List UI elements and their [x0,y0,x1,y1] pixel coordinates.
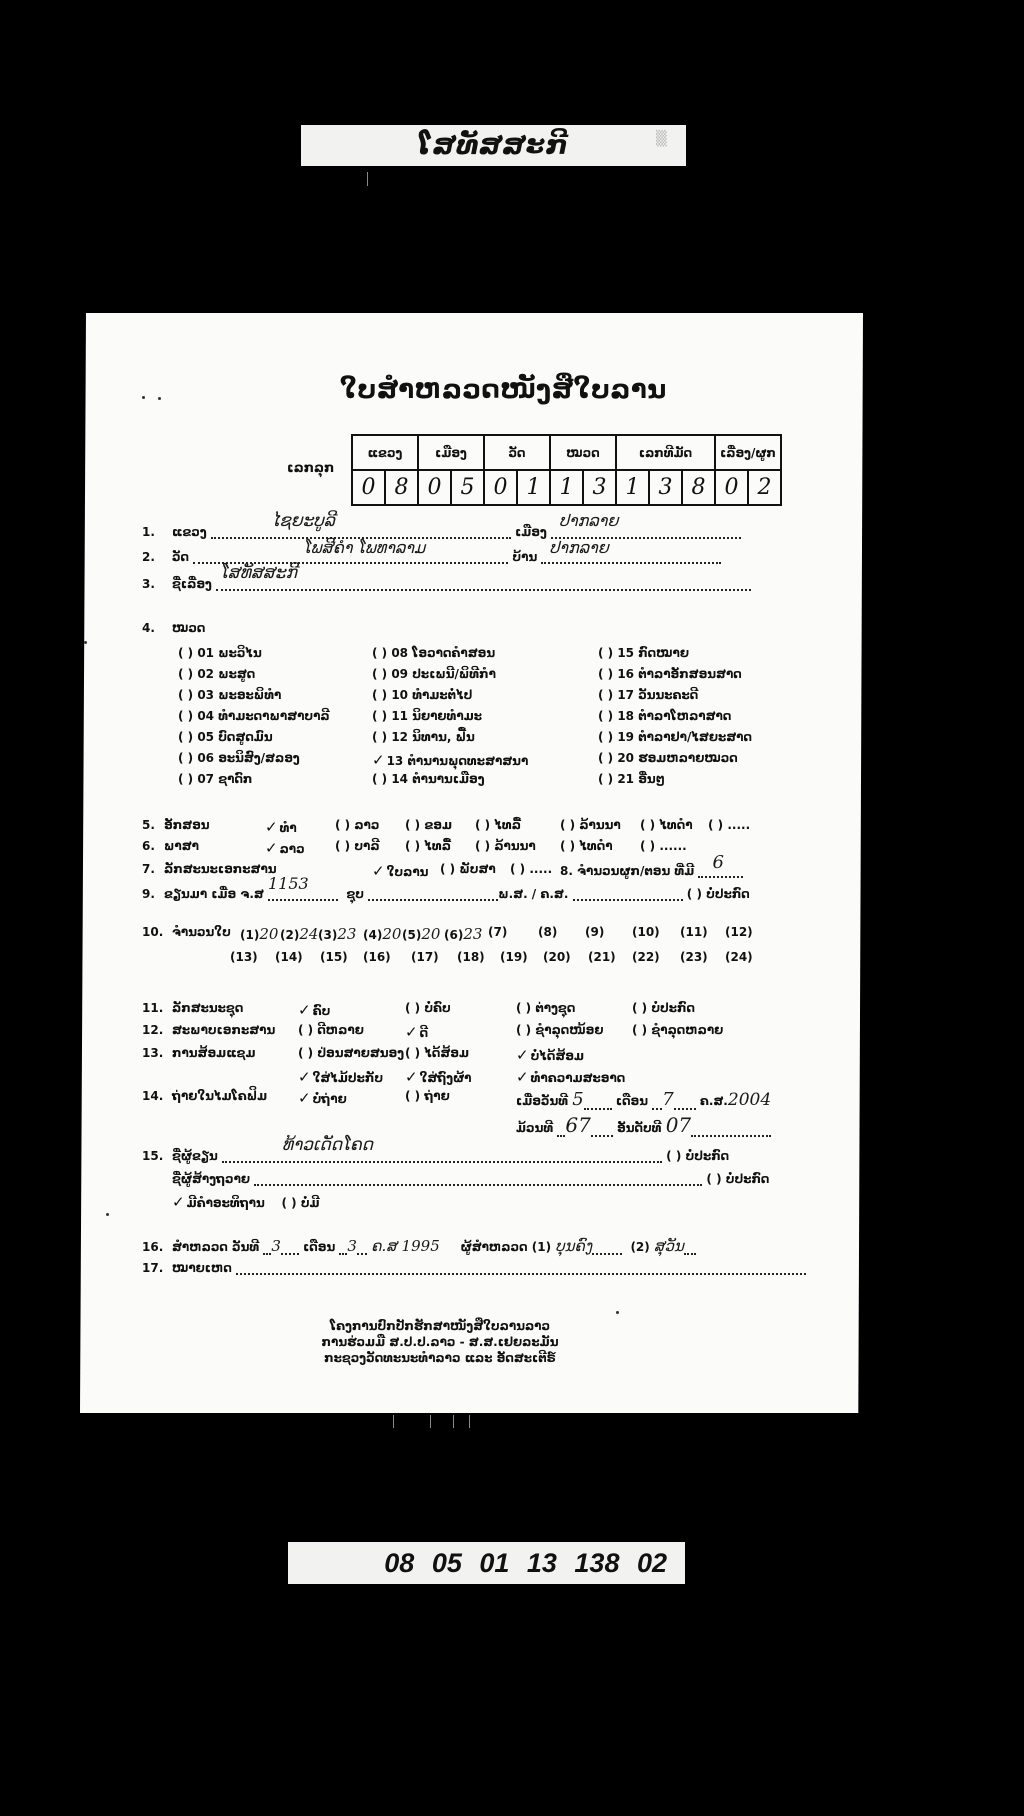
option-label: ບາລີ [354,839,379,853]
option-item[interactable]: ✓ຄົບ [298,1001,330,1019]
checkbox-empty[interactable]: ( ) [372,688,391,702]
checkbox-empty[interactable]: ( ) [178,688,197,702]
option-item[interactable]: ( ) ..... [708,818,750,832]
option-label: ລ້ານນາ [494,839,535,853]
film-title-label: ໂສທັສສະກີ ▒ [301,125,686,166]
option-label: 03 ພະອະພິທຳ [197,688,281,702]
option-label: ປ່ອນສາຍສນອງ [317,1046,404,1060]
option-item[interactable]: ( ) ບາລີ [335,839,380,853]
option-label: 07 ຊາດົກ [197,772,252,786]
village-value: ປາກລາຍ [549,538,608,557]
option-item[interactable]: ✓13 ຕຳນານພຸດທະສາສນາ [372,751,528,769]
option-item[interactable]: ( ) ໄທລື້ [405,839,451,853]
leaf-count-item: (3)23 [318,925,356,943]
checkbox-empty[interactable]: ( ) [475,839,494,853]
option-label: ໄທລື້ [424,839,451,853]
option-label: ດີ [420,1026,428,1040]
option-item[interactable]: ( ) 20 ຮອມຫລາຍໝວດ [598,751,738,765]
code-label: ເລກລຸກ [287,461,334,476]
province-value: ໄຊຍະບູລີ [271,511,335,531]
option-label: ຖ່າຍ [424,1089,449,1103]
field-category: 4.ໝວດ [142,621,205,635]
checkbox-empty[interactable]: ( ) [598,667,617,681]
option-label: ລ້ານນາ [579,818,620,832]
option-label: 06 ອະນິສົງ/ສລອງ [197,751,299,765]
field-province: 1.ແຂວງ ໄຊຍະບູລີ ເມືອງ ປາກລາຍ [142,523,741,539]
film-tick [453,1415,454,1428]
option-item[interactable]: ( ) 17 ວັນນະຄະດີ [598,688,698,702]
leaf-count-item: (9) [585,925,604,939]
option-item[interactable]: ( ) ລາວ [335,818,379,832]
option-item[interactable]: ( ) ໄທດຳ [560,839,613,853]
option-item[interactable]: ( ) ...... [640,839,687,853]
field-microfilm: 14.ຖ່າຍໃນໄມໂຄຟິມ [142,1089,267,1103]
leaf-count-item: (18) [457,950,485,964]
checkbox-empty[interactable]: ( ) [598,709,617,723]
option-item[interactable]: ( ) 15 ກົດໝາຍ [598,646,689,660]
option-label: ລາວ [354,818,379,832]
scribe-value: ທ້າວເດັດໂຄດ [282,1135,373,1155]
film-id-label: 08 05 01 13 138 02 [288,1542,685,1584]
leaf-count-item: (11) [680,925,708,939]
microfilm-date: ເມື່ອວັນທີ 5 ເດືອນ 7 ຄ.ສ.2004 [516,1089,771,1110]
leaf-count-item: (19) [500,950,528,964]
checkbox-checked[interactable]: ✓ [265,839,278,857]
checkbox-empty[interactable]: ( ) [640,839,659,853]
checkbox-empty[interactable]: ( ) [440,862,459,876]
checkbox-checked[interactable]: ✓ [372,751,385,769]
code-digit: 2 [748,470,781,505]
option-item[interactable]: ✓ລາວ [265,839,305,857]
option-label: ໄທດຳ [579,839,612,853]
field-completeness: 11.ລັກສະນະຊຸດ [142,1001,243,1015]
option-item[interactable]: ✓ບໍ່ຖ່າຍ [298,1089,347,1107]
code-digit: 8 [682,470,715,505]
checkbox-checked[interactable]: ✓ [298,1068,311,1086]
option-label: 05 ບົດສູດມົນ [197,730,272,744]
checkbox-empty[interactable]: ( ) [640,818,659,832]
checkbox-empty[interactable]: ( ) [372,646,391,660]
option-label: ໄດ້ສ້ອມ [424,1046,469,1060]
option-item[interactable]: ( ) 05 ບົດສູດມົນ [178,730,273,744]
option-label: 15 ກົດໝາຍ [617,646,689,660]
checkbox-checked[interactable]: ✓ [516,1046,529,1064]
option-item[interactable]: ( ) 08 ໂອວາດຄຳສອນ [372,646,495,660]
option-item[interactable]: ( ) 03 ພະອະພິທຳ [178,688,281,702]
option-item[interactable]: ✓ທຳ [265,818,297,836]
option-item[interactable]: ✓ບໍ່ໄດ້ສ້ອມ [516,1046,584,1064]
leaf-count-item: (4)20 [363,925,401,943]
checkbox-empty[interactable]: ( ) [335,839,354,853]
leaf-count-item: (24) [725,950,753,964]
option-label: ໄທລື້ [494,818,521,832]
option-item[interactable]: ( ) 12 ນິທານ, ຟື້ນ [372,730,475,744]
checkbox-empty[interactable]: ( ) [405,839,424,853]
option-item[interactable]: ✓ໃສ່ໄມ້ປະກັບ [298,1068,383,1086]
code-digit: 1 [517,470,550,505]
code-header: ໝວດ [550,435,616,470]
donor-unknown-checkbox[interactable]: ( ) [706,1172,721,1186]
option-item[interactable]: ( ) 07 ຊາດົກ [178,772,252,786]
field-repair: 13.ການສ້ອມແຊມ [142,1046,256,1060]
checkbox-empty[interactable]: ( ) [510,862,529,876]
code-digit: 1 [550,470,583,505]
checkbox-empty[interactable]: ( ) [598,772,617,786]
checkbox-empty[interactable]: ( ) [598,751,617,765]
checkbox-empty[interactable]: ( ) [298,1023,317,1037]
option-item[interactable]: ( ) ໄດ້ສ້ອມ [405,1046,469,1060]
checkbox-empty[interactable]: ( ) [405,1001,424,1015]
field-survey-date: 16.ສຳຫລວດ ວັນທີ 3 ເດືອນ 3 ຄ.ສ 1995 ຜູ້ສຳ… [142,1237,696,1255]
option-item[interactable]: ( ) ຊຳລຸດໜ້ອຍ [516,1023,603,1037]
title-value: ໂສທັສສະກີ [220,563,297,583]
leaf-count-item: (17) [411,950,439,964]
checkbox-checked[interactable]: ✓ [516,1068,529,1086]
checkbox-checked[interactable]: ✓ [372,862,385,880]
option-label: 11 ນິຍາຍທຳມະ [391,709,482,723]
option-label: ໄທດຳ [659,818,692,832]
field-remarks: 17.ໝາຍເຫດ [142,1259,806,1275]
option-item[interactable]: ( ) ໄທດຳ [640,818,693,832]
option-item[interactable]: ( ) ໄທລື້ [475,818,521,832]
no-colophon-checkbox[interactable]: ( ) [281,1196,296,1210]
option-item[interactable]: ✓ດີ [405,1023,428,1041]
leaf-count-item: (22) [632,950,660,964]
leaf-count-item: (20) [543,950,571,964]
checkbox-empty[interactable]: ( ) [178,646,197,660]
film-tick [393,1415,394,1428]
code-digit: 8 [385,470,418,505]
option-item[interactable]: ( ) ບໍ່ຄົບ [405,1001,451,1015]
surveyor2-value: ສຸວັນ [654,1237,684,1255]
leaf-count-item: (13) [230,950,258,964]
checkbox-empty[interactable]: ( ) [598,646,617,660]
option-label: ໃສ່ຖົງຜ້າ [420,1071,472,1085]
option-label: ພັບສາ [459,862,495,876]
field-temple: 2.ວັດ ໂພສີຄຳ ໂພທາລາມ ບ້ານ ປາກລາຍ [142,548,721,564]
code-digit: 0 [715,470,748,505]
field-fascicles: 8. ຈຳນວນຜູກ/ຕອນ ທີ່ມີ 6 [560,862,743,878]
option-item[interactable]: ( ) ພັບສາ [440,862,496,876]
field-script: 5.ອັກສອນ [142,818,210,832]
field-colophon: ✓ມີຄຳອະທິຖານ ( ) ບໍ່ມີ [172,1193,320,1211]
code-header: ແຂວງ [352,435,418,470]
option-label: ບໍ່ໄດ້ສ້ອມ [531,1049,584,1063]
option-label: 08 ໂອວາດຄຳສອນ [391,646,495,660]
field-date-written: 9.ຂຽນມາ ເມື່ອ ຈ.ສ 1153 ຊຸບ ພ.ສ. / ຄ.ສ. (… [142,885,750,901]
code-digit: 0 [418,470,451,505]
option-item[interactable]: ✓ທຳຄວາມສະອາດ [516,1068,625,1086]
code-digit: 0 [484,470,517,505]
option-label: ລາວ [280,842,305,856]
option-label: 16 ຕຳລາອັກສອນສາດ [617,667,741,681]
option-label: ໃບລານ [387,865,429,879]
unknown-checkbox[interactable]: ( ) [687,887,702,901]
leaf-count-item: (7) [488,925,507,939]
option-label: 20 ຮອມຫລາຍໝວດ [617,751,737,765]
leaf-count-item: (2)24 [280,925,318,943]
leaf-count-item: (15) [320,950,348,964]
film-tick [367,172,368,186]
option-label: ຄົບ [313,1004,331,1018]
option-label: 13 ຕຳນານພຸດທະສາສນາ [387,754,529,768]
option-label: ..... [727,818,750,832]
checkbox-empty[interactable]: ( ) [335,818,354,832]
surveyor1-value: ບຸນຄົງ [555,1237,592,1255]
option-item[interactable]: ( ) 19 ຕຳລາຢາ/ໄສຍະສາດ [598,730,752,744]
leaf-count-item: (5)20 [402,925,440,943]
option-item[interactable]: ( ) ຕ່າງຊຸດ [516,1001,575,1015]
checkbox-empty[interactable]: ( ) [178,730,197,744]
film-tick [430,1415,431,1428]
option-label: ດີຫລາຍ [317,1023,364,1037]
checkbox-empty[interactable]: ( ) [516,1023,535,1037]
option-item[interactable]: ( ) ລ້ານນາ [560,818,621,832]
option-item[interactable]: ( ) 16 ຕຳລາອັກສອນສາດ [598,667,742,681]
option-label: 18 ຕຳລາໂຫລາສາດ [617,709,731,723]
option-label: 09 ປະເພນີ/ພິທີກຳ [391,667,496,681]
checkbox-checked[interactable]: ✓ [405,1023,418,1041]
leaf-count-item: (10) [632,925,660,939]
code-header: ເມືອງ [418,435,484,470]
option-item[interactable]: ( ) ຖ່າຍ [405,1089,450,1103]
checkbox-empty[interactable]: ( ) [178,772,197,786]
checkbox-empty[interactable]: ( ) [372,730,391,744]
option-label: ..... [529,862,552,876]
option-label: 21 ອື່ນໆ [617,772,664,786]
option-item[interactable]: ( ) ດີຫລາຍ [298,1023,364,1037]
option-label: ບໍ່ຖ່າຍ [313,1092,347,1106]
option-item[interactable]: ( ) ຂອມ [405,818,452,832]
code-digit: 3 [583,470,616,505]
checkbox-empty[interactable]: ( ) [298,1046,317,1060]
option-item[interactable]: ( ) 21 ອື່ນໆ [598,772,665,786]
code-digit: 0 [352,470,385,505]
leaf-count-item: (12) [725,925,753,939]
checkbox-empty[interactable]: ( ) [372,667,391,681]
option-item[interactable]: ✓ໃບລານ [372,862,428,880]
option-item[interactable]: ( ) 06 ອະນິສົງ/ສລອງ [178,751,300,765]
scribe-unknown-checkbox[interactable]: ( ) [666,1149,681,1163]
field-condition: 12.ສະພາບເອກະສານ [142,1023,275,1037]
option-label: ຕ່າງຊຸດ [535,1001,575,1015]
form-title: ໃບສຳຫລວດໜັງສືໃບລານ [340,375,667,405]
option-item[interactable]: ( ) ບໍ່ປະກົດ [632,1001,695,1015]
option-label: ຂອມ [424,818,452,832]
option-label: 12 ນິທານ, ຟື້ນ [391,730,474,744]
option-label: ຊຳລຸດໜ້ອຍ [535,1023,603,1037]
checkbox-empty[interactable]: ( ) [598,730,617,744]
leaf-count-item: (1)20 [240,925,278,943]
form-footer: ໂຄງການປົກປັກຮັກສາໜັງສືໃບລານລາວ ການຮ່ວມມື… [290,1318,590,1366]
option-label: ...... [659,839,686,853]
option-item[interactable]: ( ) 01 ພະວິໄນ [178,646,262,660]
checkbox-empty[interactable]: ( ) [632,1001,651,1015]
district-value: ປາກລາຍ [559,511,618,530]
film-id-text: 08 05 01 13 138 02 [384,1548,667,1579]
checkbox-checked[interactable]: ✓ [405,1068,418,1086]
option-label: 14 ຕຳນານເມືອງ [391,772,484,786]
checkbox-empty[interactable]: ( ) [405,1089,424,1103]
option-label: ທຳ [280,821,297,835]
microfilm-roll: ມ້ວນທີ 67 ອັນດັບທີ 07 [516,1113,771,1137]
code-header: ເລກທີມັດ [616,435,715,470]
option-label: ບໍ່ປະກົດ [651,1001,695,1015]
year-written-value: 1153 [268,874,309,893]
option-item[interactable]: ( ) 09 ປະເພນີ/ພິທີກຳ [372,667,496,681]
leaf-count-item: (14) [275,950,303,964]
option-label: 02 ພະສູດ [197,667,255,681]
option-item[interactable]: ( ) 10 ທຳມະຕໍ່ໄປ [372,688,472,702]
checkbox-empty[interactable]: ( ) [372,772,391,786]
leaf-count-item: (23) [680,950,708,964]
colophon-checkbox[interactable]: ✓ [172,1193,185,1211]
option-label: 17 ວັນນະຄະດີ [617,688,698,702]
option-label: 10 ທຳມະຕໍ່ໄປ [391,688,472,702]
option-item[interactable]: ( ) 14 ຕຳນານເມືອງ [372,772,485,786]
option-item[interactable]: ( ) ລ້ານນາ [475,839,536,853]
option-item[interactable]: ( ) ປ່ອນສາຍສນອງ [298,1046,404,1060]
field-language: 6.ພາສາ [142,839,199,853]
code-header: ວັດ [484,435,550,470]
option-item[interactable]: ( ) ຊຳລຸດຫລາຍ [632,1023,723,1037]
film-tick [469,1415,470,1428]
option-item[interactable]: ( ) ..... [510,862,552,876]
checkbox-empty[interactable]: ( ) [598,688,617,702]
option-item[interactable]: ( ) 11 ນິຍາຍທຳມະ [372,709,482,723]
option-item[interactable]: ( ) 02 ພະສູດ [178,667,255,681]
option-item[interactable]: ✓ໃສ່ຖົງຜ້າ [405,1068,471,1086]
option-label: ຊຳລຸດຫລາຍ [651,1023,723,1037]
option-label: ທຳຄວາມສະອາດ [531,1071,626,1085]
code-header: ເລື່ອງ/ຜູກ [715,435,781,470]
fascicles-value: 6 [712,852,723,873]
checkbox-empty[interactable]: ( ) [405,1046,424,1060]
checkbox-empty[interactable]: ( ) [708,818,727,832]
checkbox-empty[interactable]: ( ) [560,839,579,853]
checkbox-empty[interactable]: ( ) [178,709,197,723]
option-item[interactable]: ( ) 18 ຕຳລາໂຫລາສາດ [598,709,731,723]
checkbox-empty[interactable]: ( ) [516,1001,535,1015]
checkbox-checked[interactable]: ✓ [265,818,278,836]
field-donor: ຊື່ຜູ້ສ້າງຖວາຍ ( ) ບໍ່ປະກົດ [172,1170,769,1186]
code-digit: 3 [649,470,682,505]
checkbox-empty[interactable]: ( ) [475,818,494,832]
option-item[interactable]: ( ) 04 ທຳມະດາພາສາບາລີ [178,709,330,723]
option-label: 01 ພະວິໄນ [197,646,261,660]
film-title-text: ໂສທັສສະກີ [418,130,569,161]
option-label: ໃສ່ໄມ້ປະກັບ [313,1071,384,1085]
code-digit: 5 [451,470,484,505]
leaf-count-item: (16) [363,950,391,964]
option-label: 19 ຕຳລາຢາ/ໄສຍະສາດ [617,730,752,744]
checkbox-checked[interactable]: ✓ [298,1001,311,1019]
checkbox-empty[interactable]: ( ) [178,751,197,765]
code-table: ແຂວງເມືອງວັດໝວດເລກທີມັດເລື່ອງ/ຜູກ 080501… [351,434,782,506]
checkbox-empty[interactable]: ( ) [560,818,579,832]
leaf-count-item: (21) [588,950,616,964]
leaf-count-item: (6)23 [444,925,482,943]
field-title: 3.ຊື່ເລື່ອງ ໂສທັສສະກີ [142,575,751,591]
field-material: 7.ລັກສະນະເອກະສານ [142,862,277,876]
field-leaf-count: 10.ຈຳນວນໃບ [142,925,231,939]
leaf-count-item: (8) [538,925,557,939]
field-scribe: 15.ຊື່ຜູ້ຂຽນ ທ້າວເດັດໂຄດ ( ) ບໍ່ປະກົດ [142,1147,729,1163]
checkbox-empty[interactable]: ( ) [632,1023,651,1037]
film-smudge-mark: ▒ [656,131,680,157]
option-label: 04 ທຳມະດາພາສາບາລີ [197,709,329,723]
temple-value: ໂພສີຄຳ ໂພທາລາມ [303,538,425,557]
checkbox-empty[interactable]: ( ) [372,709,391,723]
checkbox-checked[interactable]: ✓ [298,1089,311,1107]
checkbox-empty[interactable]: ( ) [405,818,424,832]
survey-form-page: ໃບສຳຫລວດໜັງສືໃບລານ ເລກລຸກ ແຂວງເມືອງວັດໝວ… [80,313,863,1413]
code-digit: 1 [616,470,649,505]
checkbox-empty[interactable]: ( ) [178,667,197,681]
option-label: ບໍ່ຄົບ [424,1001,450,1015]
